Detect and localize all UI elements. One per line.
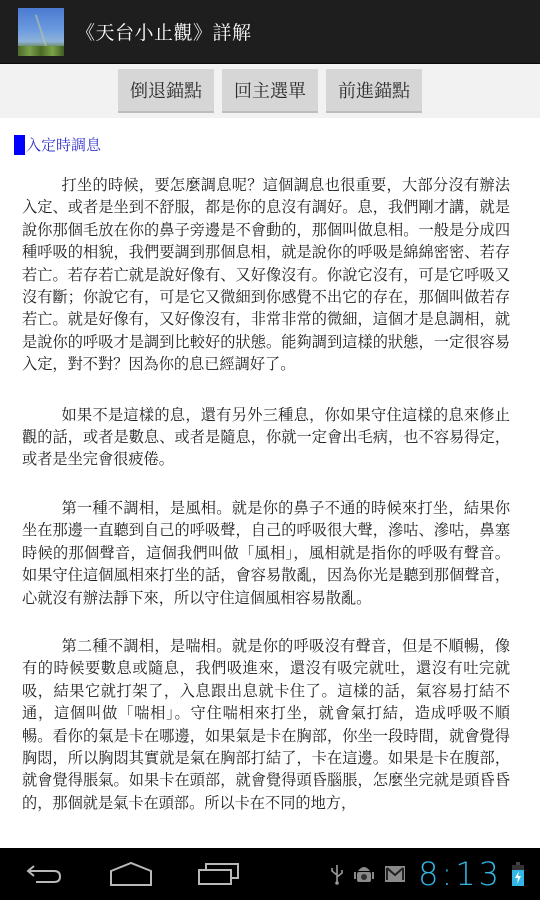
- gmail-icon: [384, 865, 406, 883]
- section-heading-text: 入定時調息: [26, 134, 101, 155]
- clock: 8:13: [418, 855, 502, 893]
- usb-icon: [330, 863, 344, 885]
- battery-charging-icon: [512, 862, 524, 886]
- main-menu-button[interactable]: 回主選單: [222, 69, 318, 113]
- home-button[interactable]: [108, 858, 154, 890]
- paragraph: 第二種不調相，是喘相。就是你的呼吸沒有聲音，但是不順暢，像有的時候要數息或隨息，…: [22, 635, 510, 814]
- article-body: 打坐的時候，要怎麼調息呢？這個調息也很重要，大部分沒有辦法入定、或者是坐到不舒服…: [22, 174, 510, 840]
- previous-anchor-button[interactable]: 倒退錨點: [118, 69, 214, 113]
- app-title: 《天台小止觀》詳解: [76, 18, 252, 45]
- app-icon[interactable]: [18, 8, 64, 56]
- back-button[interactable]: [24, 858, 64, 890]
- paragraph: 打坐的時候，要怎麼調息呢？這個調息也很重要，大部分沒有辦法入定、或者是坐到不舒服…: [22, 174, 510, 376]
- back-icon: [24, 862, 64, 886]
- recent-apps-icon: [196, 860, 242, 888]
- paragraph: 如果不是這樣的息，還有另外三種息，你如果守住這樣的息來修止觀的話，或者是數息、或…: [22, 404, 510, 471]
- android-debug-icon: [354, 863, 374, 885]
- status-area[interactable]: 8:13: [330, 848, 540, 900]
- action-bar: 《天台小止觀》詳解: [0, 0, 540, 64]
- system-nav-bar: 8:13: [0, 848, 540, 900]
- home-icon: [108, 861, 154, 887]
- next-anchor-button[interactable]: 前進錨點: [326, 69, 422, 113]
- recent-apps-button[interactable]: [196, 858, 242, 890]
- article-content[interactable]: 入定時調息 打坐的時候，要怎麼調息呢？這個調息也很重要，大部分沒有辦法入定、或者…: [0, 118, 540, 848]
- anchor-toolbar: 倒退錨點 回主選單 前進錨點: [0, 64, 540, 118]
- anchor-marker-icon: [14, 135, 25, 155]
- section-heading[interactable]: 入定時調息: [14, 134, 101, 155]
- paragraph: 第一種不調相，是風相。就是你的鼻子不通的時候來打坐，結果你坐在那邊一直聽到自己的…: [22, 497, 510, 609]
